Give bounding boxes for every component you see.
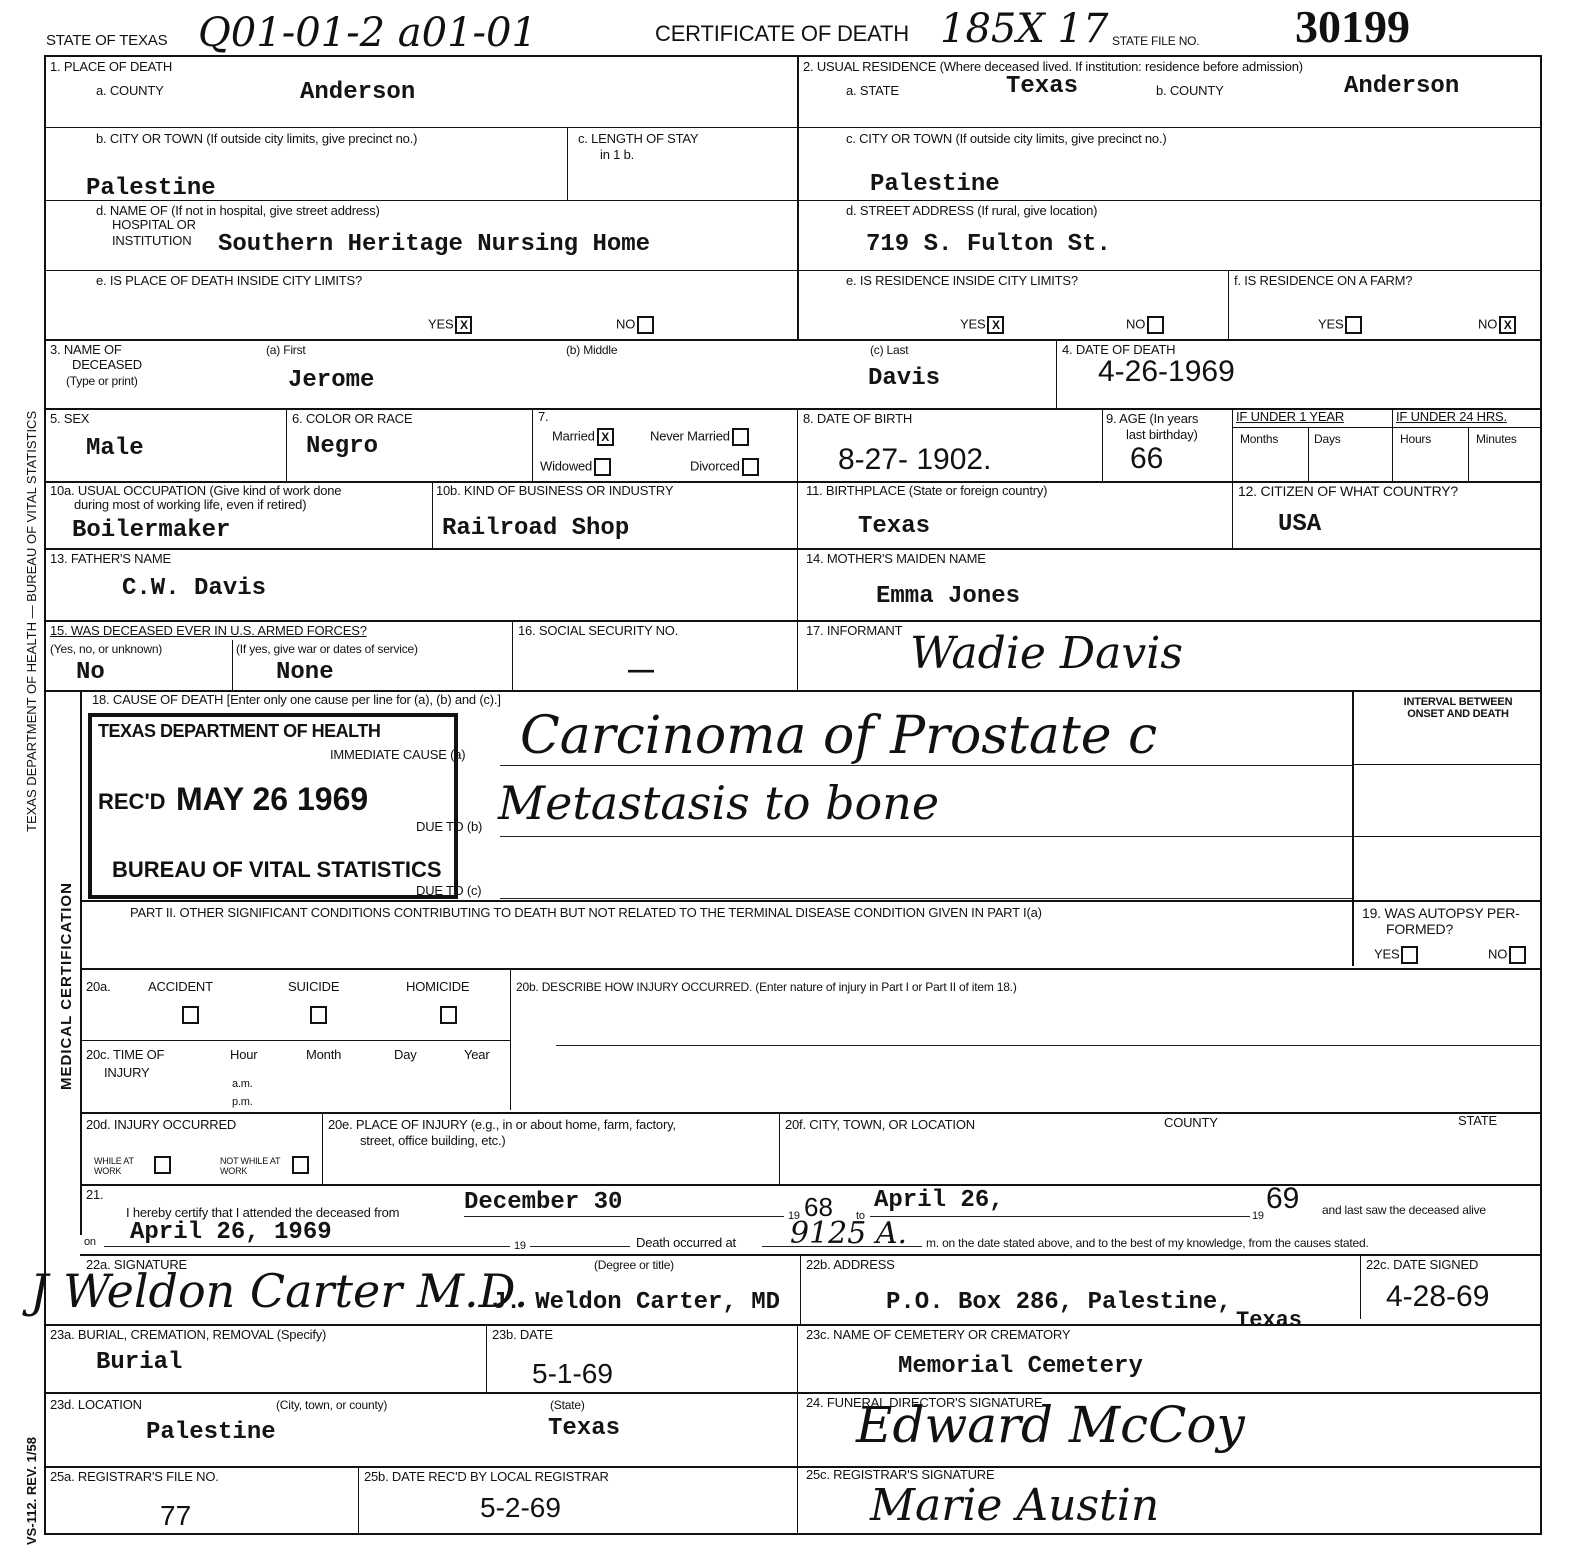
stamp-date: MAY 26 1969 xyxy=(176,781,368,818)
informant-signature: Wadie Davis xyxy=(910,628,1183,679)
length-of-stay-sub: in 1 b. xyxy=(600,148,634,162)
checkbox-icon[interactable] xyxy=(594,458,611,476)
checkbox-icon[interactable] xyxy=(732,428,749,446)
date-signed-value: 4-28-69 xyxy=(1386,1280,1489,1314)
checkbox-icon[interactable] xyxy=(182,1006,199,1024)
county-label: a. COUNTY xyxy=(96,84,164,98)
while-at-work-checkbox[interactable] xyxy=(152,1156,171,1174)
checkbox-icon[interactable] xyxy=(440,1006,457,1024)
married-option[interactable]: MarriedX xyxy=(552,428,614,446)
citizen-label: 12. CITIZEN OF WHAT COUNTRY? xyxy=(1238,484,1458,498)
occupation-label-2: during most of working life, even if ret… xyxy=(74,498,306,512)
residence-county-value: Anderson xyxy=(1344,74,1459,100)
mother-label: 14. MOTHER'S MAIDEN NAME xyxy=(806,552,986,566)
farm-yes[interactable]: YES xyxy=(1318,316,1362,334)
birthplace-value: Texas xyxy=(858,514,930,540)
cemetery-value: Memorial Cemetery xyxy=(898,1354,1143,1380)
checkbox-icon[interactable] xyxy=(310,1006,327,1024)
informant-label: 17. INFORMANT xyxy=(806,624,902,638)
institution-label-3: INSTITUTION xyxy=(112,234,191,248)
certificate-title: CERTIFICATE OF DEATH xyxy=(655,22,909,46)
department-vertical-label: TEXAS DEPARTMENT OF HEALTH — BUREAU OF V… xyxy=(24,411,39,832)
checkbox-icon[interactable] xyxy=(292,1156,309,1174)
checkbox-icon[interactable] xyxy=(1345,316,1362,334)
burial-location-sub: (City, town, or county) xyxy=(276,1398,387,1412)
ssn-value: — xyxy=(628,654,654,685)
never-married-option[interactable]: Never Married xyxy=(650,428,749,446)
date-of-birth-value: 8-27- 1902. xyxy=(838,443,991,477)
checkbox-icon[interactable] xyxy=(154,1156,171,1174)
autopsy-label-2: FORMED? xyxy=(1386,922,1453,936)
part-2-label: PART II. OTHER SIGNIFICANT CONDITIONS CO… xyxy=(130,906,1042,920)
occupation-value: Boilermaker xyxy=(72,518,230,544)
last-name-label: (c) Last xyxy=(870,343,908,357)
death-city-label: b. CITY OR TOWN (If outside city limits,… xyxy=(96,132,417,146)
place-of-injury-label: 20e. PLACE OF INJURY (e.g., in or about … xyxy=(328,1118,676,1132)
farm-no[interactable]: NOX xyxy=(1478,316,1516,334)
attended-to-year: 69 xyxy=(1266,1182,1299,1216)
physician-typed-name: J. Weldon Carter, MD xyxy=(492,1290,780,1316)
ssn-label: 16. SOCIAL SECURITY NO. xyxy=(518,624,678,638)
business-value: Railroad Shop xyxy=(442,516,629,542)
due-to-b-value: Metastasis to bone xyxy=(498,776,939,830)
checkbox-icon[interactable] xyxy=(1509,946,1526,964)
certification-num: 21. xyxy=(86,1188,103,1202)
death-inside-limits-no[interactable]: NO xyxy=(616,316,654,334)
injury-state-label: STATE xyxy=(1458,1114,1497,1128)
middle-name-label: (b) Middle xyxy=(566,343,617,357)
checkbox-checked-icon[interactable]: X xyxy=(455,316,472,334)
cause-of-death-label: 18. CAUSE OF DEATH [Enter only one cause… xyxy=(92,693,501,707)
certify-text-1: I hereby certify that I attended the dec… xyxy=(126,1206,399,1220)
death-city-value: Palestine xyxy=(86,176,216,202)
checkbox-icon[interactable] xyxy=(1401,946,1418,964)
accident-checkbox[interactable] xyxy=(180,1006,199,1024)
physician-address-state: Texas xyxy=(1236,1308,1302,1334)
institution-label: d. NAME OF (If not in hospital, give str… xyxy=(96,204,380,218)
time-of-injury-label-2: INJURY xyxy=(104,1066,150,1080)
disposition-value: Burial xyxy=(96,1350,182,1376)
burial-location-value: Palestine xyxy=(146,1420,276,1446)
certify-text-3: m. on the date stated above, and to the … xyxy=(926,1236,1369,1250)
name-label: 3. NAME OF xyxy=(50,343,122,357)
while-at-work-label: WHILE AT WORK xyxy=(94,1156,150,1176)
burial-state-sub: (State) xyxy=(550,1398,585,1412)
armed-forces-label: 15. WAS DECEASED EVER IN U.S. ARMED FORC… xyxy=(50,624,367,638)
sex-label: 5. SEX xyxy=(50,412,89,426)
residence-city-value: Palestine xyxy=(870,172,1000,198)
armed-forces-sub-2: (If yes, give war or dates of service) xyxy=(236,642,418,656)
residence-label: 2. USUAL RESIDENCE (Where deceased lived… xyxy=(803,60,1303,74)
residence-state-label: a. STATE xyxy=(846,84,899,98)
under-1-year-label: IF UNDER 1 YEAR xyxy=(1236,410,1344,424)
day-label: Day xyxy=(394,1048,417,1062)
length-of-stay-label: c. LENGTH OF STAY xyxy=(578,132,698,146)
name-label-3: (Type or print) xyxy=(66,374,138,388)
last-seen-value: April 26, 1969 xyxy=(130,1220,332,1246)
am-label: a.m. xyxy=(232,1078,253,1090)
mother-value: Emma Jones xyxy=(876,584,1020,610)
injury-20a-label: 20a. xyxy=(86,980,111,994)
age-label-2: last birthday) xyxy=(1126,428,1198,442)
citizen-value: USA xyxy=(1278,512,1321,538)
autopsy-yes[interactable]: YES xyxy=(1374,946,1418,964)
handwritten-ref: 185X 17 xyxy=(940,6,1108,52)
physician-address-label: 22b. ADDRESS xyxy=(806,1258,895,1272)
month-label: Month xyxy=(306,1048,341,1062)
business-label: 10b. KIND OF BUSINESS OR INDUSTRY xyxy=(436,484,673,498)
first-name-value: Jerome xyxy=(288,368,374,394)
age-label: 9. AGE (In years xyxy=(1106,412,1198,426)
date-of-birth-label: 8. DATE OF BIRTH xyxy=(803,412,912,426)
date-of-death-value: 4-26-1969 xyxy=(1098,355,1235,389)
year-prefix-3: 19 xyxy=(514,1240,526,1252)
state-file-label: STATE FILE NO. xyxy=(1112,34,1199,48)
burial-date-value: 5-1-69 xyxy=(532,1358,613,1390)
registrar-date-label: 25b. DATE REC'D BY LOCAL REGISTRAR xyxy=(364,1470,609,1484)
checkbox-icon[interactable] xyxy=(742,458,759,476)
hours-label: Hours xyxy=(1400,432,1431,446)
registrar-date-value: 5-2-69 xyxy=(480,1492,561,1524)
state-label: STATE OF TEXAS xyxy=(46,34,167,48)
marital-label: 7. xyxy=(538,410,548,424)
burial-date-label: 23b. DATE xyxy=(492,1328,553,1342)
interval-label: INTERVAL BETWEEN ONSET AND DEATH xyxy=(1388,696,1528,720)
race-label: 6. COLOR OR RACE xyxy=(292,412,412,426)
checkbox-icon[interactable] xyxy=(1147,316,1164,334)
registrar-file-value: 77 xyxy=(160,1500,191,1532)
death-county-value: Anderson xyxy=(300,80,415,106)
checkbox-icon[interactable] xyxy=(637,316,654,334)
accident-label: ACCIDENT xyxy=(148,980,213,994)
pm-label: p.m. xyxy=(232,1096,253,1108)
days-label: Days xyxy=(1314,432,1341,446)
describe-injury-label: 20b. DESCRIBE HOW INJURY OCCURRED. (Ente… xyxy=(516,980,1017,994)
residence-city-label: c. CITY OR TOWN (If outside city limits,… xyxy=(846,132,1167,146)
injury-county-label: COUNTY xyxy=(1164,1116,1218,1130)
suicide-checkbox[interactable] xyxy=(308,1006,327,1024)
sex-value: Male xyxy=(86,436,144,462)
year-prefix-2: 19 xyxy=(1252,1210,1264,1222)
birthplace-label: 11. BIRTHPLACE (State or foreign country… xyxy=(806,484,1047,498)
injury-occurred-label: 20d. INJURY OCCURRED xyxy=(86,1118,236,1132)
state-file-number: 30199 xyxy=(1295,2,1410,52)
autopsy-no[interactable]: NO xyxy=(1488,946,1526,964)
street-address-value: 719 S. Fulton St. xyxy=(866,232,1111,258)
date-signed-label: 22c. DATE SIGNED xyxy=(1366,1258,1478,1272)
funeral-director-signature: Edward McCoy xyxy=(856,1396,1245,1454)
father-label: 13. FATHER'S NAME xyxy=(50,552,171,566)
autopsy-label: 19. WAS AUTOPSY PER- xyxy=(1362,906,1520,920)
registrar-file-label: 25a. REGISTRAR'S FILE NO. xyxy=(50,1470,219,1484)
homicide-label: HOMICIDE xyxy=(406,980,469,994)
residence-county-label: b. COUNTY xyxy=(1156,84,1224,98)
minutes-label: Minutes xyxy=(1476,432,1517,446)
stamp-department: TEXAS DEPARTMENT OF HEALTH xyxy=(98,721,380,742)
death-inside-limits-yes[interactable]: YESX xyxy=(428,316,472,334)
burial-state-value: Texas xyxy=(548,1416,620,1442)
injury-city-label: 20f. CITY, TOWN, OR LOCATION xyxy=(785,1118,975,1132)
time-of-injury-label: 20c. TIME OF xyxy=(86,1048,164,1062)
under-24-hrs-label: IF UNDER 24 HRS. xyxy=(1396,410,1507,424)
armed-forces-value: No xyxy=(76,660,105,686)
death-occurred-at-label: Death occurred at xyxy=(636,1236,736,1250)
name-label-2: DECEASED xyxy=(72,358,142,372)
disposition-label: 23a. BURIAL, CREMATION, REMOVAL (Specify… xyxy=(50,1328,326,1342)
armed-service-value: None xyxy=(276,660,334,686)
race-value: Negro xyxy=(306,434,378,460)
degree-label: (Degree or title) xyxy=(594,1258,674,1272)
year-label: Year xyxy=(464,1048,489,1062)
farm-label: f. IS RESIDENCE ON A FARM? xyxy=(1234,274,1412,288)
stamp-received: REC'D xyxy=(98,789,166,815)
physician-signature: J Weldon Carter M.D. xyxy=(30,1264,528,1318)
registrar-signature: Marie Austin xyxy=(870,1480,1159,1531)
physician-address-value: P.O. Box 286, Palestine, xyxy=(886,1290,1232,1316)
armed-forces-sub-1: (Yes, no, or unknown) xyxy=(50,642,162,656)
residence-state-value: Texas xyxy=(1006,74,1078,100)
checkbox-checked-icon[interactable]: X xyxy=(987,316,1004,334)
place-of-injury-label-2: street, office building, etc.) xyxy=(360,1134,506,1148)
on-label: on xyxy=(84,1236,96,1248)
street-address-label: d. STREET ADDRESS (If rural, give locati… xyxy=(846,204,1097,218)
months-label: Months xyxy=(1240,432,1278,446)
hour-label: Hour xyxy=(230,1048,257,1062)
inside-city-limits-label: e. IS PLACE OF DEATH INSIDE CITY LIMITS? xyxy=(96,274,362,288)
cemetery-label: 23c. NAME OF CEMETERY OR CREMATORY xyxy=(806,1328,1070,1342)
place-of-death-label: 1. PLACE OF DEATH xyxy=(50,60,172,74)
residence-inside-limits-no[interactable]: NO xyxy=(1126,316,1164,334)
burial-location-label: 23d. LOCATION xyxy=(50,1398,142,1412)
homicide-checkbox[interactable] xyxy=(438,1006,457,1024)
immediate-cause-value: Carcinoma of Prostate c xyxy=(520,706,1157,766)
widowed-option[interactable]: Widowed xyxy=(540,458,611,476)
age-value: 66 xyxy=(1130,442,1163,476)
first-name-label: (a) First xyxy=(266,343,306,357)
not-while-at-work-label: NOT WHILE AT WORK xyxy=(220,1156,290,1176)
institution-label-2: HOSPITAL OR xyxy=(112,218,196,232)
attended-from-value: December 30 xyxy=(464,1190,622,1216)
handwritten-code: Q01-01-2 a01-01 xyxy=(198,10,537,56)
medical-certification-label: MEDICAL CERTIFICATION xyxy=(58,882,75,1090)
occupation-label: 10a. USUAL OCCUPATION (Give kind of work… xyxy=(50,484,341,498)
stamp-bureau: BUREAU OF VITAL STATISTICS xyxy=(112,857,442,883)
residence-inside-limits-label: e. IS RESIDENCE INSIDE CITY LIMITS? xyxy=(846,274,1078,288)
father-value: C.W. Davis xyxy=(122,576,266,602)
residence-inside-limits-yes[interactable]: YESX xyxy=(960,316,1004,334)
last-name-value: Davis xyxy=(868,366,940,392)
suicide-label: SUICIDE xyxy=(288,980,339,994)
divorced-option[interactable]: Divorced xyxy=(690,458,759,476)
certify-text-2: and last saw the deceased alive xyxy=(1322,1204,1486,1216)
attended-to-value: April 26, xyxy=(874,1188,1004,1214)
not-while-at-work-checkbox[interactable] xyxy=(290,1156,309,1174)
checkbox-checked-icon[interactable]: X xyxy=(597,428,614,446)
received-stamp: TEXAS DEPARTMENT OF HEALTH REC'D MAY 26 … xyxy=(88,713,458,899)
form-revision-label: VS-112. REV. 1/58 xyxy=(24,1437,39,1545)
checkbox-checked-icon[interactable]: X xyxy=(1499,316,1516,334)
institution-value: Southern Heritage Nursing Home xyxy=(218,232,650,258)
